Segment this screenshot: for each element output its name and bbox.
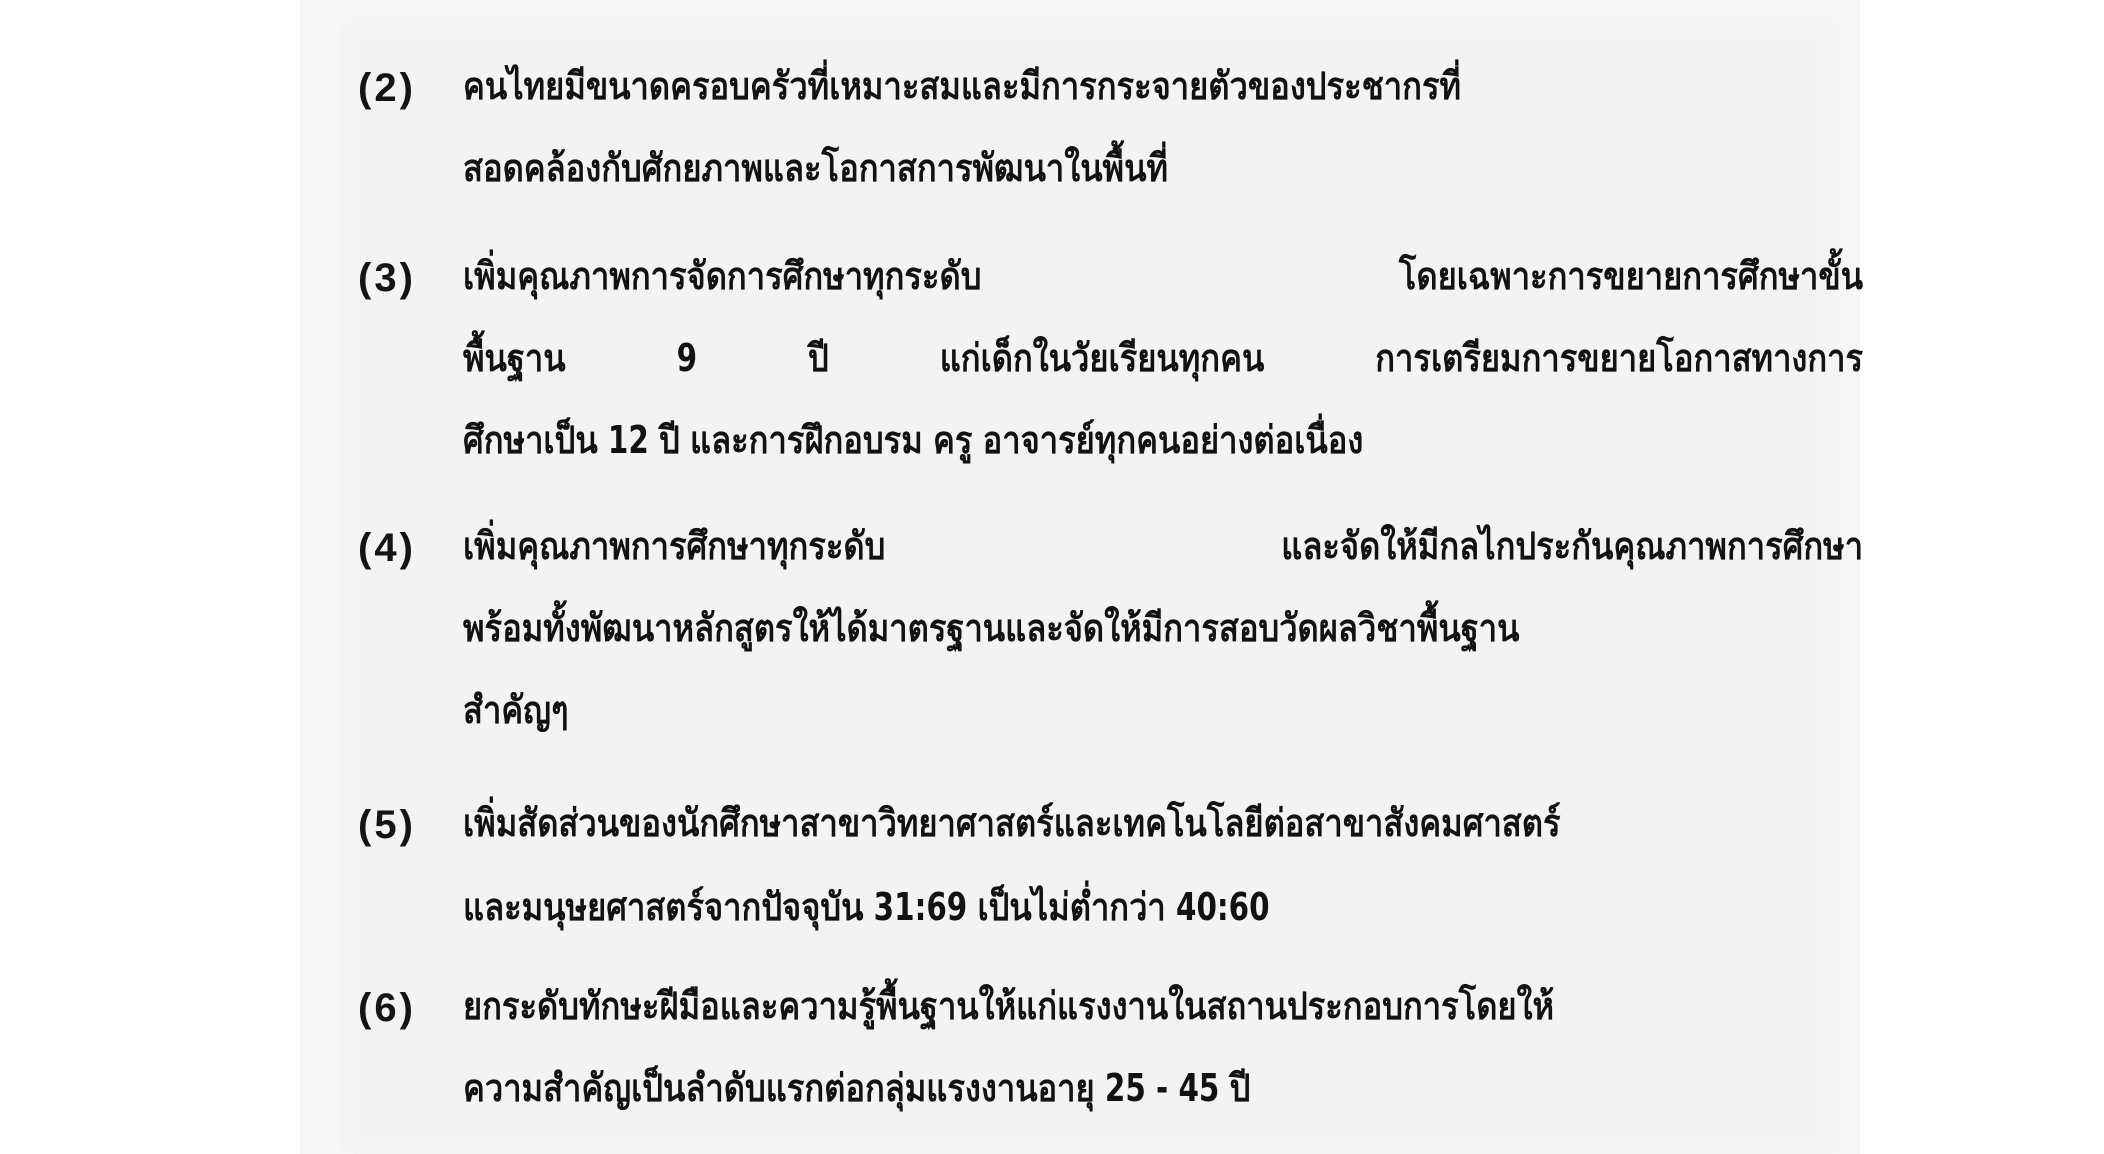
item-line: และมนุษยศาสตร์จากปัจจุบัน 31:69 เป็นไม่ต… [463,885,1667,929]
item-line: เพิ่มสัดส่วนของนักศึกษาสาขาวิทยาศาสตร์แล… [463,801,1863,845]
item-line: สอดคล้องกับศักยภาพและโอกาสการพัฒนาในพื้น… [463,146,1667,190]
item-number: (3) [358,258,448,298]
item-number: (4) [358,528,448,568]
item-line: เพิ่มคุณภาพการศึกษาทุกระดับ และจัดให้มีก… [463,524,1863,568]
item-line: ความสำคัญเป็นลำดับแรกต่อกลุ่มแรงงานอายุ … [463,1066,1667,1110]
item-number: (6) [358,988,448,1028]
item-line: ยกระดับทักษะฝีมือและความรู้พื้นฐานให้แก่… [463,984,1863,1028]
item-line: สำคัญๆ [463,688,1667,732]
item-number: (5) [358,805,448,845]
item-line: พื้นฐาน 9 ปี แก่เด็กในวัยเรียนทุกคน การเ… [463,336,1863,380]
item-line: พร้อมทั้งพัฒนาหลักสูตรให้ได้มาตรฐานและจั… [463,606,1863,650]
item-line: เพิ่มคุณภาพการจัดการศึกษาทุกระดับ โดยเฉพ… [463,254,1863,298]
item-line: ศึกษาเป็น 12 ปี และการฝึกอบรม ครู อาจารย… [463,418,1667,462]
item-line: คนไทยมีขนาดครอบครัวที่เหมาะสมและมีการกระ… [463,64,1863,108]
item-number: (2) [358,68,448,108]
